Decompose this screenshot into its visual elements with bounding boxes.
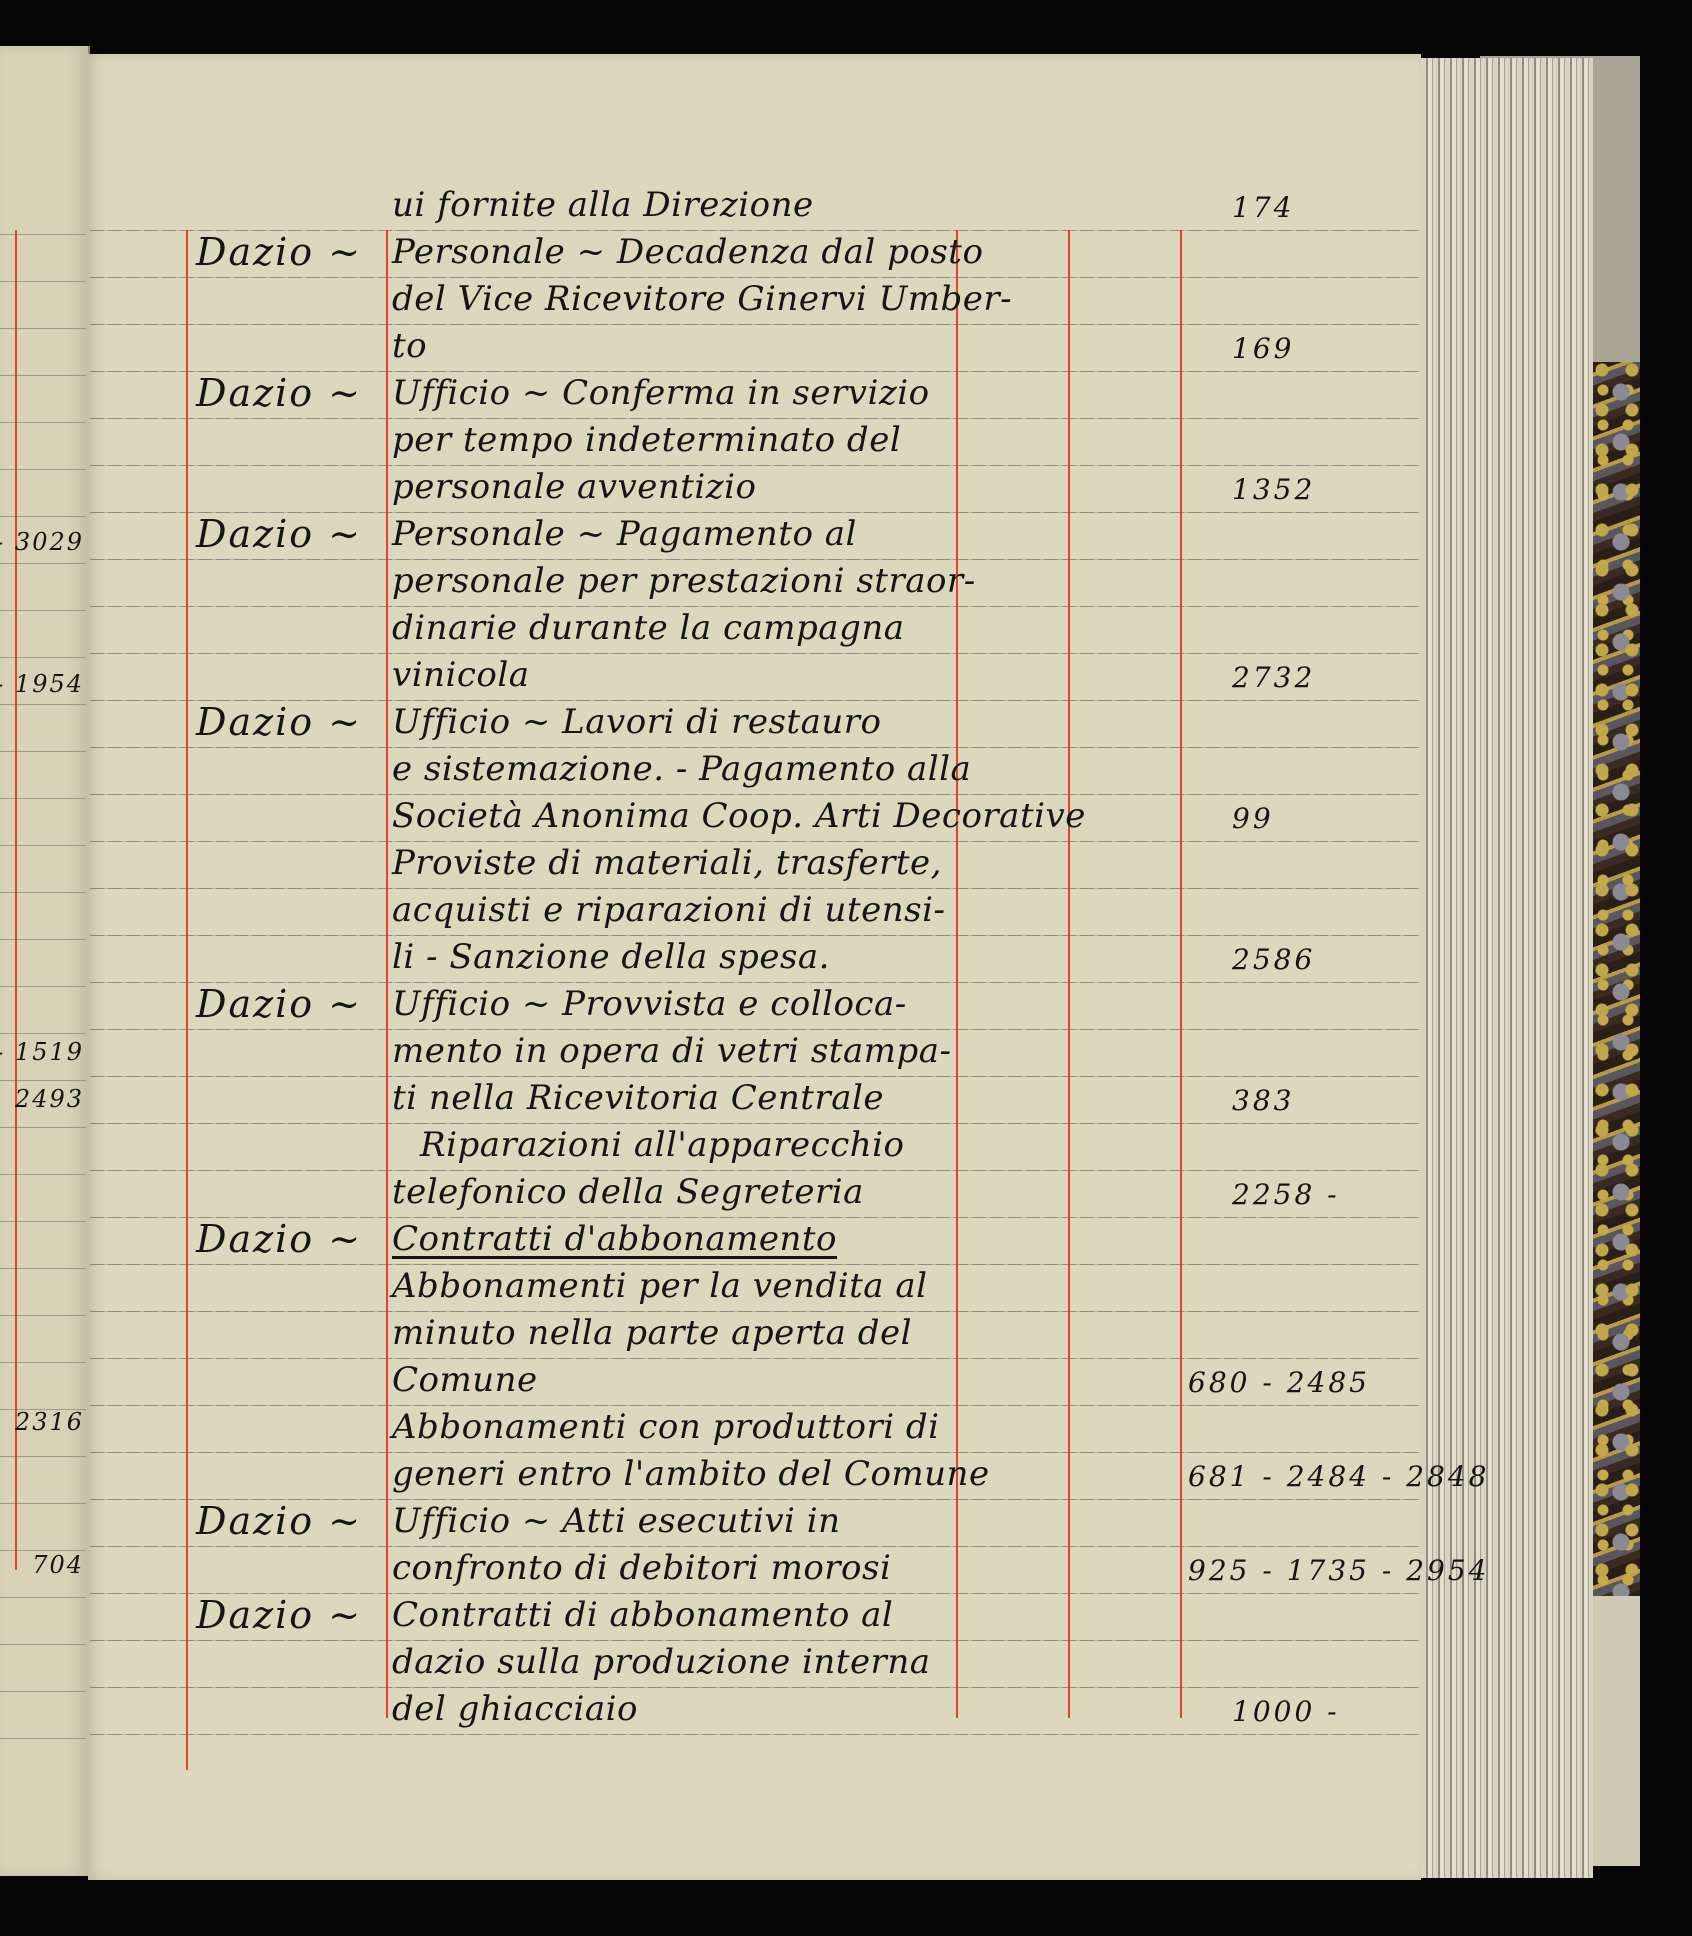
cover-flap-bottom [1593,1596,1640,1866]
entry-reference-numbers: 925 - 1735 - 2954 [1188,1557,1489,1585]
ruled-line [90,747,1420,748]
page-edge-stack [1421,58,1593,1878]
entry-description-line: dinarie durante la campagna [392,611,905,645]
entry-description-line: Contratti d'abbonamento [392,1222,837,1256]
left-page-ruled-line [0,1362,86,1363]
left-page-red-margin-line [15,230,17,1570]
entry-description-line: Comune [392,1363,538,1397]
ruled-line [90,935,1420,936]
entry-description-line: e sistemazione. - Pagamento alla [392,752,967,786]
entry-reference-numbers: 2586 [1232,946,1315,974]
entry-category: Dazio ~ [196,985,362,1023]
entry-description-line: Abbonamenti per la vendita al [392,1269,927,1303]
red-line-refs-left [1180,230,1182,1718]
left-page-ruled-line [0,1597,86,1598]
entry-description-line: Personale ~ Decadenza dal posto [392,235,967,269]
entry-category: Dazio ~ [196,1596,362,1634]
ruled-line [90,794,1420,795]
left-page-ruled-line [0,845,86,846]
entry-description-line: personale per prestazioni straor- [392,564,967,598]
ruled-line [90,1640,1420,1641]
left-page-ruled-line [0,1174,86,1175]
left-page-ruled-line [0,1127,86,1128]
left-page-ruled-line [0,1221,86,1222]
entry-description-line: Ufficio ~ Atti esecutivi in [392,1504,840,1538]
left-page-ruled-line [0,610,86,611]
left-page-ruled-line [0,892,86,893]
ruled-line [90,1123,1420,1124]
ruled-line [90,1076,1420,1077]
entry-category: Dazio ~ [196,703,362,741]
ruled-line [90,1311,1420,1312]
red-line-description-right [956,230,958,1718]
entry-reference-numbers: 169 [1232,335,1294,363]
left-page-ruled-line [0,469,86,470]
left-page-ruled-line [0,1738,86,1739]
left-margin-number: 5 - 3029 [0,530,84,554]
ruled-line [90,1687,1420,1688]
entry-category: Dazio ~ [196,374,362,412]
left-page-ruled-line [0,1644,86,1645]
left-page-ruled-line [0,939,86,940]
entry-description-line: Abbonamenti con produttori di [392,1410,940,1444]
left-page-ruled-line [0,1315,86,1316]
ruled-line [90,324,1420,325]
ruled-line [90,465,1420,466]
left-page-ruled-line [0,1268,86,1269]
left-page-ruled-line [0,1080,86,1081]
entry-reference-numbers: 2258 - [1232,1181,1340,1209]
entry-description-line: confronto di debitori morosi [392,1551,891,1585]
entry-description-line: Società Anonima Coop. Arti Decorative [392,799,967,833]
entry-category: Dazio ~ [196,1220,362,1258]
ruled-line [90,418,1420,419]
left-page-ruled-line [0,986,86,987]
ruled-line [90,1029,1420,1030]
left-page-ruled-line [0,281,86,282]
entry-description-line: Contratti di abbonamento al [392,1598,893,1632]
ruled-line [90,888,1420,889]
entry-description-line: minuto nella parte aperta del [392,1316,912,1350]
left-margin-number: 5 - 1954 [0,672,84,696]
left-margin-number: 57 - 1519 [0,1040,84,1064]
marbled-cover-edge [1593,362,1640,1596]
entry-description-line: acquisti e riparazioni di utensi- [392,893,945,927]
left-margin-number: 704 [32,1553,84,1577]
left-page-ruled-line [0,1550,86,1551]
entry-reference-numbers: 383 [1232,1087,1294,1115]
entry-description-line: to [392,329,427,363]
left-page-ruled-line [0,375,86,376]
entry-description-line: personale avventizio [392,470,757,504]
entry-description-line: Proviste di materiali, trasferte, [392,846,942,880]
ruled-line [90,606,1420,607]
left-page-ruled-line [0,563,86,564]
left-page-ruled-line [0,751,86,752]
ruled-line [90,559,1420,560]
entry-category: Dazio ~ [196,1502,362,1540]
entry-description-line: vinicola [392,658,530,692]
ruled-line [90,1170,1420,1171]
entry-reference-numbers: 174 [1232,194,1294,222]
ruled-line [90,1452,1420,1453]
left-page-ruled-line [0,234,86,235]
entry-description-line: Ufficio ~ Lavori di restauro [392,705,881,739]
entry-category: Dazio ~ [196,233,362,271]
ruled-line [90,1734,1420,1735]
left-page-ruled-line [0,328,86,329]
left-page-ruled-line [0,1456,86,1457]
left-page-ruled-line [0,1691,86,1692]
entry-description-line: del ghiacciaio [392,1692,638,1726]
left-page-ruled-line [0,422,86,423]
ruled-line [90,1546,1420,1547]
ruled-line [90,1264,1420,1265]
red-line-column-mid [1068,230,1070,1718]
entry-category: Dazio ~ [196,515,362,553]
left-page-ruled-line [0,516,86,517]
left-page-fragment [0,46,90,1876]
left-page-ruled-line [0,798,86,799]
entry-description-line: telefonico della Segreteria [392,1175,864,1209]
entry-description-line: Ufficio ~ Conferma in servizio [392,376,930,410]
entry-reference-numbers: 681 - 2484 - 2848 [1188,1463,1489,1491]
entry-description-line: Riparazioni all'apparecchio [420,1128,905,1162]
entry-description-line: ti nella Ricevitoria Centrale [392,1081,884,1115]
entry-reference-numbers: 2732 [1232,664,1315,692]
entry-reference-numbers: 99 [1232,805,1274,833]
red-line-description-left [386,230,388,1718]
ruled-line [90,277,1420,278]
ruled-line [90,1358,1420,1359]
left-page-ruled-line [0,1033,86,1034]
entry-reference-numbers: 1000 - [1232,1698,1340,1726]
entry-description-line: Ufficio ~ Provvista e colloca- [392,987,907,1021]
left-page-ruled-line [0,1503,86,1504]
red-line-category-left [186,230,188,1770]
entry-description-line: Personale ~ Pagamento al [392,517,857,551]
ruled-line [90,841,1420,842]
left-page-ruled-line [0,657,86,658]
entry-description-line: mento in opera di vetri stampa- [392,1034,951,1068]
entry-description-line: del Vice Ricevitore Ginervi Umber- [392,282,967,316]
entry-reference-numbers: 680 - 2485 [1188,1369,1370,1397]
left-margin-number: 2493 [15,1087,84,1111]
ruled-line [90,1405,1420,1406]
left-page-ruled-line [0,1409,86,1410]
entry-reference-numbers: 1352 [1232,476,1315,504]
entry-description-line: per tempo indeterminato del [392,423,901,457]
left-margin-number: 2316 [15,1410,84,1434]
entry-description-line: generi entro l'ambito del Comune [392,1457,967,1491]
entry-description-line: li - Sanzione della spesa. [392,940,830,974]
entry-description-line: dazio sulla produzione interna [392,1645,930,1679]
ruled-line [90,653,1420,654]
entry-description-line: ui fornite alla Direzione [392,188,814,222]
left-page-ruled-line [0,704,86,705]
